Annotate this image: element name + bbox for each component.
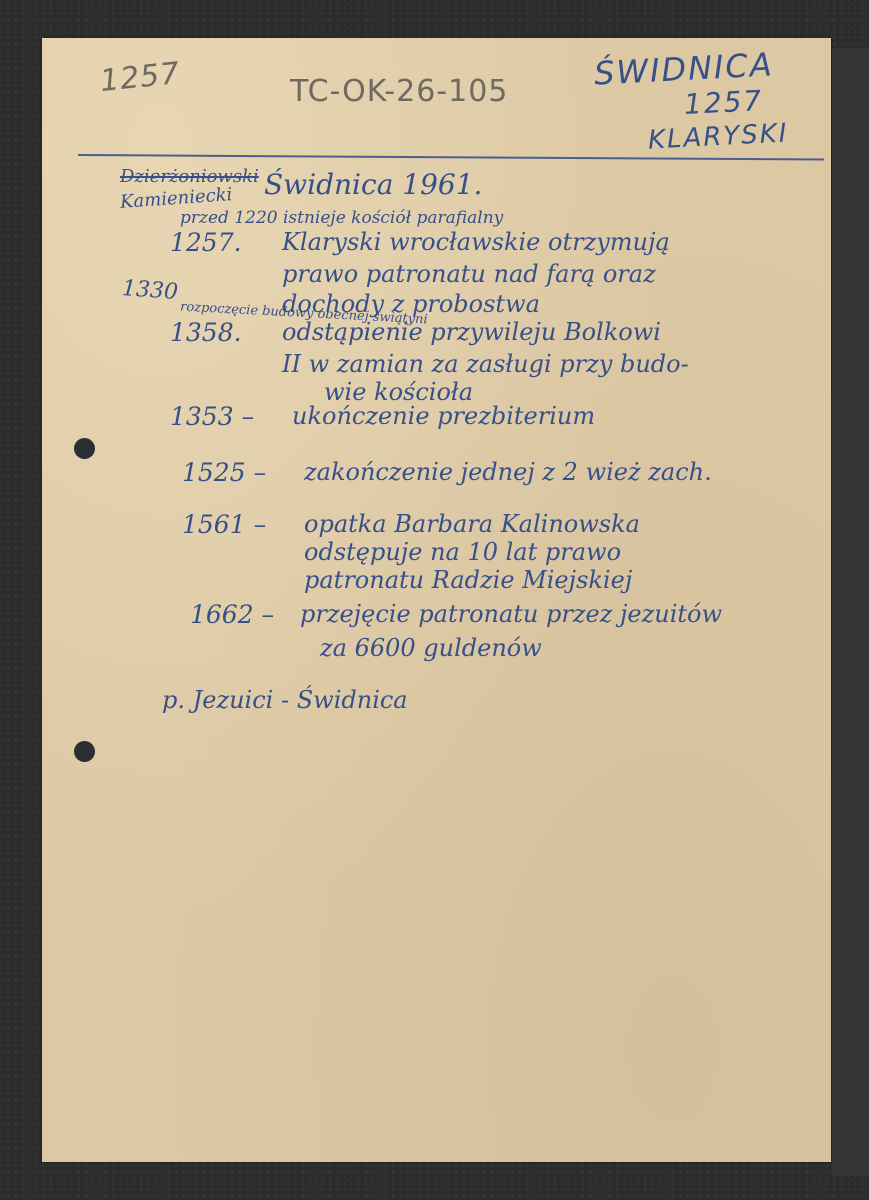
entry-text: ukończenie prezbiterium [292,402,595,430]
punch-hole-bottom [74,741,95,762]
place-year: Świdnica 1961. [264,168,482,201]
header-year: 1257 [683,84,764,121]
entry-year: 1662 – [190,600,274,629]
entry-text: opatka Barbara Kalinowska [304,510,640,538]
entry-year: 1257. [170,228,242,257]
document-page: 1257 TC-OK-26-105 ŚWIDNICA 1257 KLARYSKI… [42,38,831,1162]
entry-year: 1330 [121,276,179,305]
entry-text: zakończenie jednej z 2 wież zach. [304,458,712,486]
struck-word: Dzierżoniowski [120,166,259,187]
header-order: KLARYSKI [647,118,789,155]
entry-text: II w zamian za zasługi przy budo- [282,350,689,378]
intro-note: przed 1220 istnieje kościół parafialny [180,208,503,228]
entry-text: patronatu Radzie Miejskiej [304,566,632,594]
entry-text: prawo patronatu nad farą oraz [282,260,656,288]
footer-note: p. Jezuici - Świdnica [162,686,408,714]
entry-text: odstąpienie przywileju Bolkowi [282,318,661,346]
entry-text: przejęcie patronatu przez jezuitów [300,600,722,628]
entry-year: 1561 – [182,510,266,539]
binder-strip [832,48,869,1176]
catalog-code: TC-OK-26-105 [290,74,508,109]
punch-hole-top [74,438,95,459]
entry-year: 1525 – [182,458,266,487]
entry-text: Klaryski wrocławskie otrzymują [282,228,670,256]
pencil-number: 1257 [98,56,182,99]
entry-year: 1353 – [170,402,254,431]
entry-year: 1358. [170,318,242,347]
entry-text: za 6600 guldenów [320,634,542,662]
header-divider [78,154,824,161]
entry-text: odstępuje na 10 lat prawo [304,538,621,566]
